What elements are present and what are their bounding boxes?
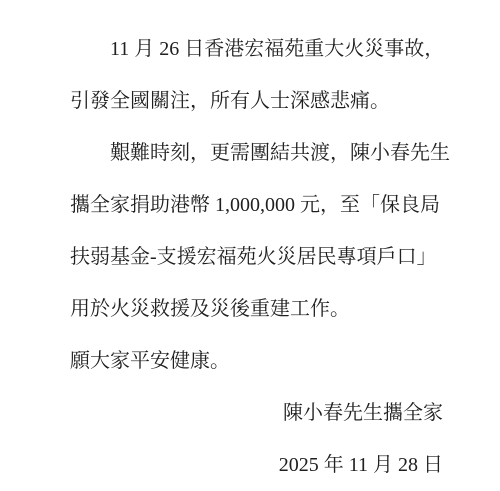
paragraph2-line4: 用於火災救援及災後重建工作。 <box>70 283 443 335</box>
statement-page: 11 月 26 日香港宏福苑重大火災事故， 引發全國關注，所有人士深感悲痛。 艱… <box>0 0 500 491</box>
date-line: 2025 年 11 月 28 日 <box>70 439 443 491</box>
paragraph1-line1: 11 月 26 日香港宏福苑重大火災事故， <box>70 23 443 75</box>
signature-line: 陳小春先生攜全家 <box>70 387 443 439</box>
paragraph2-line1: 艱難時刻，更需團結共渡，陳小春先生 <box>70 127 443 179</box>
closing-wish-line: 願大家平安健康。 <box>70 335 443 387</box>
statement-document: 11 月 26 日香港宏福苑重大火災事故， 引發全國關注，所有人士深感悲痛。 艱… <box>0 0 500 491</box>
paragraph2-line2: 攜全家捐助港幣 1,000,000 元，至「保良局 <box>70 179 443 231</box>
paragraph1-line2: 引發全國關注，所有人士深感悲痛。 <box>70 75 443 127</box>
paragraph2-line3: 扶弱基金-支援宏福苑火災居民專項戶口」 <box>70 231 443 283</box>
